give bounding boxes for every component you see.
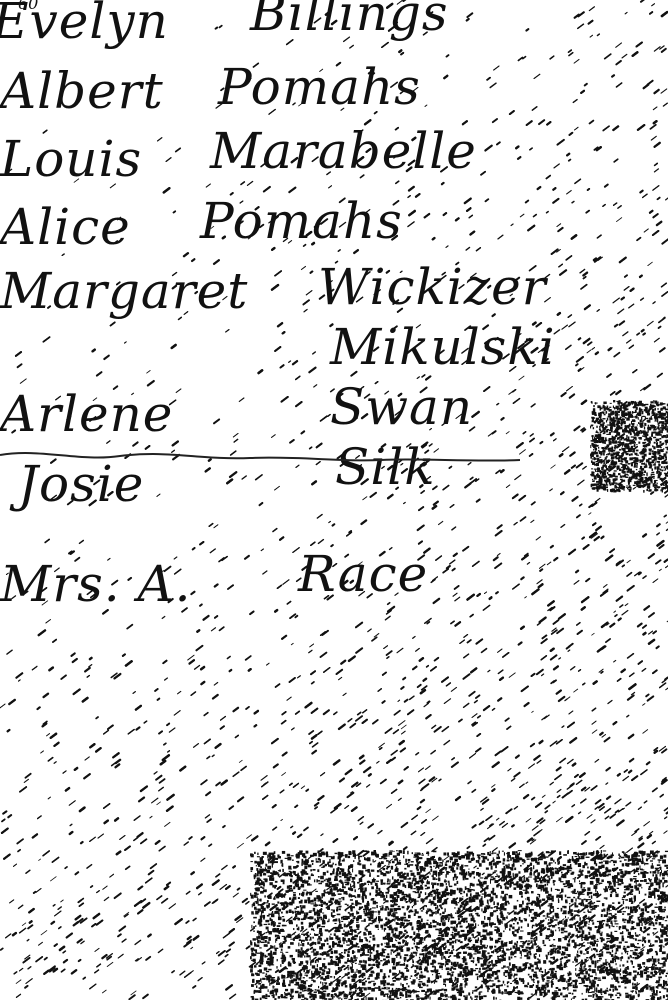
entry-last-name: Pomahs [218,58,421,116]
entry-first-name: Mrs. A. [0,555,192,613]
entry-first-name: Albert [0,62,164,120]
entry-first-name: Louis [0,130,142,188]
entry-last-name: Swan [330,378,473,436]
entry-first-name: Arlene [0,385,173,443]
entry-first-name: Evelyn [0,0,169,50]
entry-last-name: Billings [250,0,449,42]
entry-last-name: Race [298,545,428,603]
handwritten-list: 60 Evelyn Billings Albert Pomahs Louis M… [0,0,668,1000]
entry-last-name: Mikulski [330,318,556,376]
entry-last-name: Pomahs [200,192,403,250]
entry-last-name: Marabelle [210,122,477,180]
entry-last-name: Wickizer [318,258,547,316]
entry-first-name: Margaret [0,262,248,320]
entry-first-name: Alice [0,198,131,256]
paper-crease [0,440,520,470]
